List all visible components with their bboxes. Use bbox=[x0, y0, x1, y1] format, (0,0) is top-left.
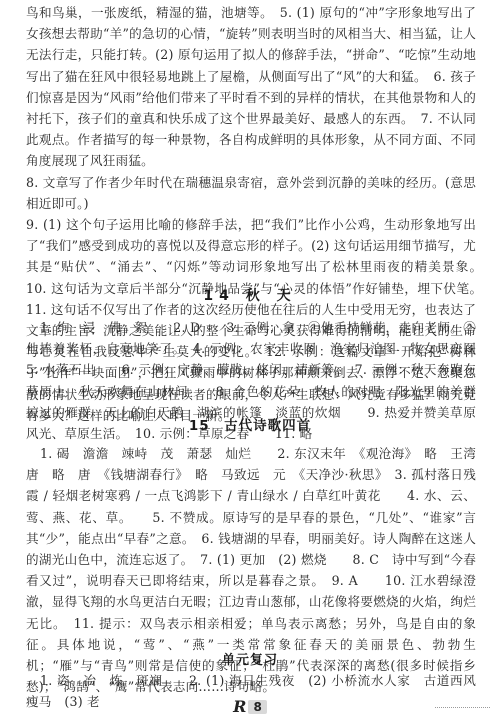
page-number-badge: R 8 bbox=[233, 697, 267, 716]
footer-dotted-divider bbox=[435, 707, 490, 708]
lesson-15-title: 15 古代诗歌四首 bbox=[0, 414, 500, 434]
paragraph-q5-q7: 鸟和鸟巢，一张废纸，精湿的猫，池塘等。 5. (1) 原句的“冲”字形象地写出了… bbox=[26, 2, 476, 172]
lesson-14-title: 14 秋 天 bbox=[0, 285, 500, 305]
paragraph-q8: 8. 文章写了作者少年时代在瑞穗温泉寄宿，意外尝到沉静的美味的经历。(意思相近即… bbox=[26, 172, 476, 214]
publisher-logo-icon: R bbox=[233, 697, 246, 716]
unit-review-title: 单元复习 bbox=[0, 649, 500, 668]
page-footer: R 8 bbox=[0, 697, 500, 716]
page-number: 8 bbox=[248, 700, 266, 714]
answer-key-page: 鸟和鸟巢，一张废纸，精湿的猫，池塘等。 5. (1) 原句的“冲”字形象地写出了… bbox=[0, 0, 500, 724]
